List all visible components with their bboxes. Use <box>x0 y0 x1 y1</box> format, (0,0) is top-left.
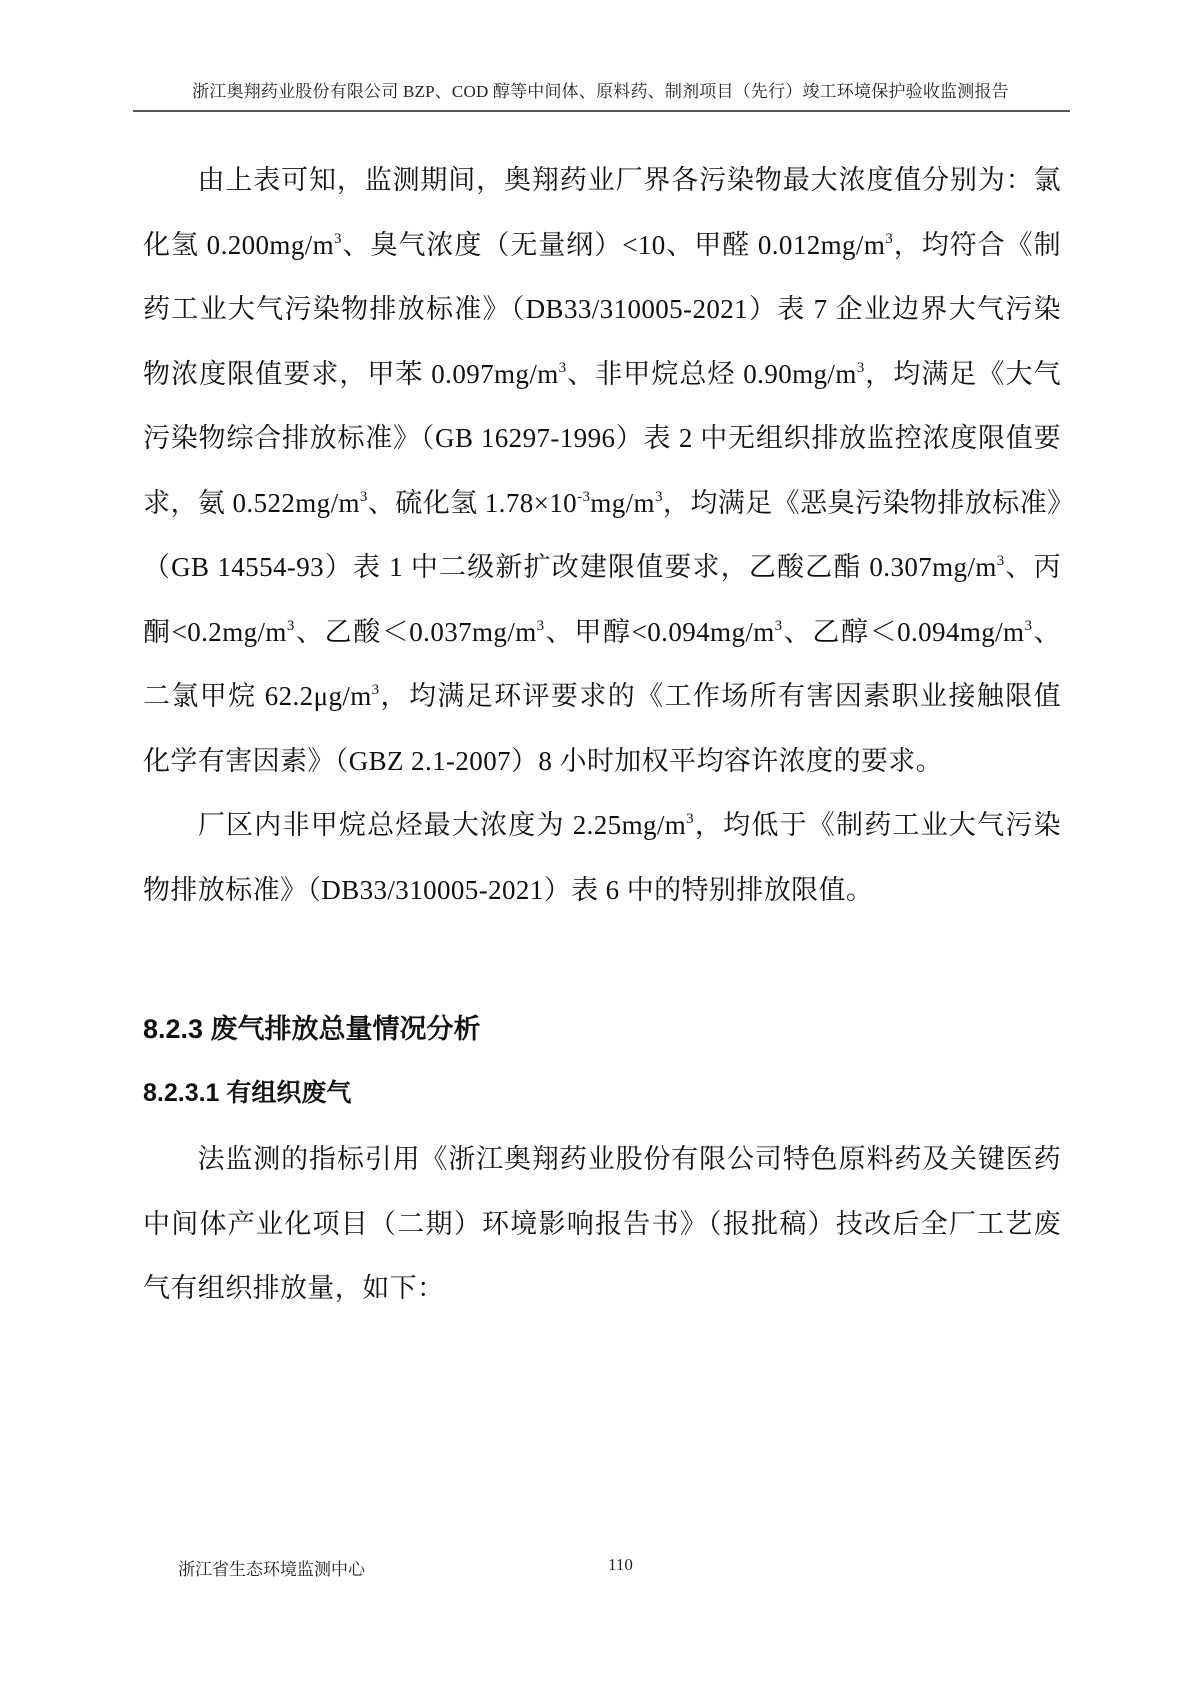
section-heading-8-2-3: 8.2.3 废气排放总量情况分析 <box>143 997 481 1061</box>
text-run: 、硫化氢 1.78×10 <box>368 488 577 518</box>
paragraph-boundary-emissions: 由上表可知，监测期间，奥翔药业厂界各污染物最大浓度值分别为：氯化氢 0.200m… <box>143 148 1061 793</box>
text-run: 、非甲烷总烃 0.90mg/m <box>567 359 857 389</box>
superscript: 3 <box>372 682 380 698</box>
superscript: 3 <box>287 618 295 634</box>
superscript: 3 <box>559 360 567 376</box>
text-run: 法监测的指标引用《浙江奥翔药业股份有限公司特色原料药及关键医药中间体产业化项目（… <box>143 1144 1061 1303</box>
superscript: 3 <box>857 360 865 376</box>
text-run: mg/m <box>590 488 655 518</box>
superscript: 3 <box>537 618 545 634</box>
body-section-2: 法监测的指标引用《浙江奥翔药业股份有限公司特色原料药及关键医药中间体产业化项目（… <box>143 1127 1061 1321</box>
superscript: -3 <box>577 489 590 505</box>
section-heading-8-2-3-1: 8.2.3.1 有组织废气 <box>143 1063 351 1123</box>
paragraph-in-plant-nmhc: 厂区内非甲烷总烃最大浓度为 2.25mg/m3，均低于《制药工业大气污染物排放标… <box>143 793 1061 922</box>
text-run: 、乙酸＜0.037mg/m <box>295 617 537 647</box>
superscript: 3 <box>655 489 663 505</box>
text-run: 、臭气浓度（无量纲）<10、甲醛 0.012mg/m <box>342 230 885 260</box>
superscript: 3 <box>885 231 893 247</box>
body-section-1: 由上表可知，监测期间，奥翔药业厂界各污染物最大浓度值分别为：氯化氢 0.200m… <box>143 148 1061 922</box>
superscript: 3 <box>997 553 1005 569</box>
text-run: 、甲醇<0.094mg/m <box>545 617 775 647</box>
text-run: 厂区内非甲烷总烃最大浓度为 2.25mg/m <box>197 810 686 840</box>
superscript: 3 <box>334 231 342 247</box>
page-header-title: 浙江奥翔药业股份有限公司 BZP、COD 醇等中间体、原料药、制剂项目（先行）竣… <box>133 80 1068 104</box>
footer-page-number: 110 <box>608 1555 633 1575</box>
paragraph-organized-emissions: 法监测的指标引用《浙江奥翔药业股份有限公司特色原料药及关键医药中间体产业化项目（… <box>143 1127 1061 1321</box>
header-divider <box>133 110 1070 112</box>
superscript: 3 <box>775 618 783 634</box>
footer-organization: 浙江省生态环境监测中心 <box>178 1555 365 1580</box>
text-run: 、乙醇＜0.094mg/m <box>783 617 1025 647</box>
superscript: 3 <box>686 811 694 827</box>
superscript: 3 <box>360 489 368 505</box>
